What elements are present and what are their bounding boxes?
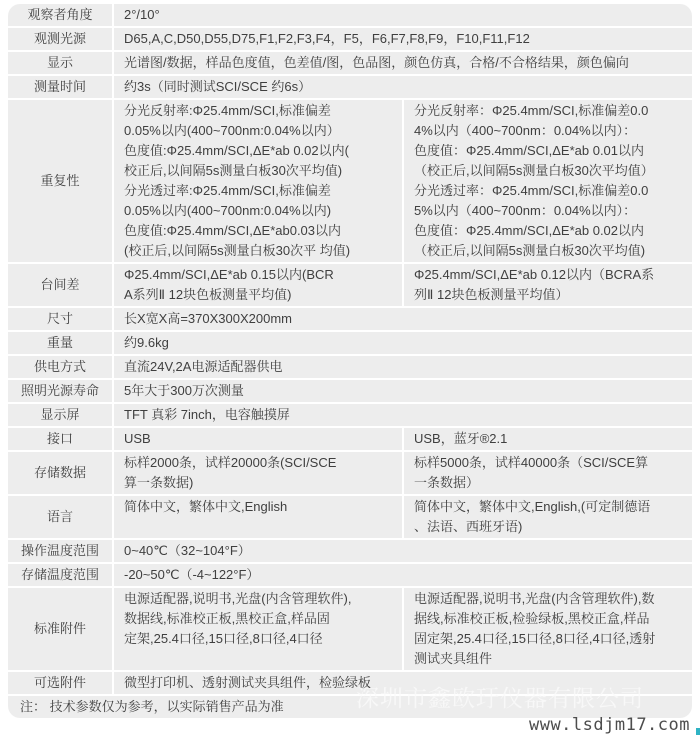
- spec-label: 重量: [8, 332, 112, 354]
- spec-label: 操作温度范围: [8, 540, 112, 562]
- spec-label: 观察者角度: [8, 4, 112, 26]
- spec-label: 显示屏: [8, 404, 112, 426]
- spec-label: 重复性: [8, 100, 112, 262]
- table-row: 语言简体中文，繁体中文,English简体中文，繁体中文,English,(可定…: [8, 496, 692, 538]
- table-row: 观察者角度2°/10°: [8, 4, 692, 26]
- table-row: 操作温度范围0~40℃（32~104°F）: [8, 540, 692, 562]
- spec-value-left: USB: [114, 428, 402, 450]
- spec-label: 接口: [8, 428, 112, 450]
- corner-mark: [696, 728, 700, 735]
- table-row: 显示光谱图/数据，样品色度值，色差值/图，色品图，颜色仿真，合格/不合格结果，颜…: [8, 52, 692, 74]
- table-row: 重复性分光反射率:Φ25.4mm/SCI,标准偏差 0.05%以内(400~70…: [8, 100, 692, 262]
- spec-value: 约3s（同时测试SCI/SCE 约6s）: [114, 76, 692, 98]
- spec-value-right: 简体中文，繁体中文,English,(可定制德语 、法语、西班牙语): [404, 496, 692, 538]
- table-row: 观测光源D65,A,C,D50,D55,D75,F1,F2,F3,F4，F5，F…: [8, 28, 692, 50]
- table-row: 显示屏TFT 真彩 7inch，电容触摸屏: [8, 404, 692, 426]
- spec-value: D65,A,C,D50,D55,D75,F1,F2,F3,F4，F5，F6,F7…: [114, 28, 692, 50]
- spec-value: 0~40℃（32~104°F）: [114, 540, 692, 562]
- table-row: 尺寸长X宽X高=370X300X200mm: [8, 308, 692, 330]
- spec-value: 直流24V,2A电源适配器供电: [114, 356, 692, 378]
- table-row: 存储数据标样2000条，试样20000条(SCI/SCE 算一条数据)标样500…: [8, 452, 692, 494]
- spec-value-left: 电源适配器,说明书,光盘(内含管理软件), 数据线,标准校正板,黑校正盒,样品固…: [114, 588, 402, 670]
- spec-value-left: Φ25.4mm/SCI,ΔE*ab 0.15以内(BCR A系列Ⅱ 12块色板测…: [114, 264, 402, 306]
- table-row: 供电方式直流24V,2A电源适配器供电: [8, 356, 692, 378]
- spec-value: 2°/10°: [114, 4, 692, 26]
- spec-label: 供电方式: [8, 356, 112, 378]
- spec-label: 观测光源: [8, 28, 112, 50]
- spec-label: 标准附件: [8, 588, 112, 670]
- spec-value-left: 标样2000条，试样20000条(SCI/SCE 算一条数据): [114, 452, 402, 494]
- spec-value: -20~50℃（-4~122°F）: [114, 564, 692, 586]
- spec-value-right: 电源适配器,说明书,光盘(内含管理软件),数 据线,标准校正板,检验绿板,黑校正…: [404, 588, 692, 670]
- spec-value-left: 简体中文，繁体中文,English: [114, 496, 402, 538]
- spec-value: 5年大于300万次测量: [114, 380, 692, 402]
- spec-label: 台间差: [8, 264, 112, 306]
- table-row: 存储温度范围-20~50℃（-4~122°F）: [8, 564, 692, 586]
- spec-value-right: Φ25.4mm/SCI,ΔE*ab 0.12以内（BCRA系 列Ⅱ 12块色板测…: [404, 264, 692, 306]
- site-url-watermark: www.lsdjm17.com: [529, 715, 690, 735]
- spec-value-right: USB，蓝牙®2.1: [404, 428, 692, 450]
- spec-value-right: 标样5000条，试样40000条（SCI/SCE算 一条数据）: [404, 452, 692, 494]
- spec-label: 显示: [8, 52, 112, 74]
- table-row: 可选附件微型打印机、透射测试夹具组件，检验绿板: [8, 672, 692, 694]
- spec-label: 存储温度范围: [8, 564, 112, 586]
- spec-label: 存储数据: [8, 452, 112, 494]
- table-row: 重量约9.6kg: [8, 332, 692, 354]
- spec-table: 观察者角度2°/10°观测光源D65,A,C,D50,D55,D75,F1,F2…: [8, 0, 692, 718]
- spec-label: 照明光源寿命: [8, 380, 112, 402]
- spec-value: 约9.6kg: [114, 332, 692, 354]
- spec-label: 尺寸: [8, 308, 112, 330]
- spec-value-left: 分光反射率:Φ25.4mm/SCI,标准偏差 0.05%以内(400~700nm…: [114, 100, 402, 262]
- spec-value: TFT 真彩 7inch，电容触摸屏: [114, 404, 692, 426]
- spec-label: 可选附件: [8, 672, 112, 694]
- spec-value: 微型打印机、透射测试夹具组件，检验绿板: [114, 672, 692, 694]
- table-row: 标准附件电源适配器,说明书,光盘(内含管理软件), 数据线,标准校正板,黑校正盒…: [8, 588, 692, 670]
- spec-value: 长X宽X高=370X300X200mm: [114, 308, 692, 330]
- spec-value-right: 分光反射率：Φ25.4mm/SCI,标准偏差0.0 4%以内（400~700nm…: [404, 100, 692, 262]
- spec-label: 语言: [8, 496, 112, 538]
- table-row: 台间差Φ25.4mm/SCI,ΔE*ab 0.15以内(BCR A系列Ⅱ 12块…: [8, 264, 692, 306]
- spec-value: 光谱图/数据，样品色度值，色差值/图，色品图，颜色仿真，合格/不合格结果，颜色偏…: [114, 52, 692, 74]
- table-row: 照明光源寿命5年大于300万次测量: [8, 380, 692, 402]
- table-row: 测量时间约3s（同时测试SCI/SCE 约6s）: [8, 76, 692, 98]
- table-row: 接口USBUSB，蓝牙®2.1: [8, 428, 692, 450]
- spec-label: 测量时间: [8, 76, 112, 98]
- spec-sheet-page: 观察者角度2°/10°观测光源D65,A,C,D50,D55,D75,F1,F2…: [0, 0, 700, 737]
